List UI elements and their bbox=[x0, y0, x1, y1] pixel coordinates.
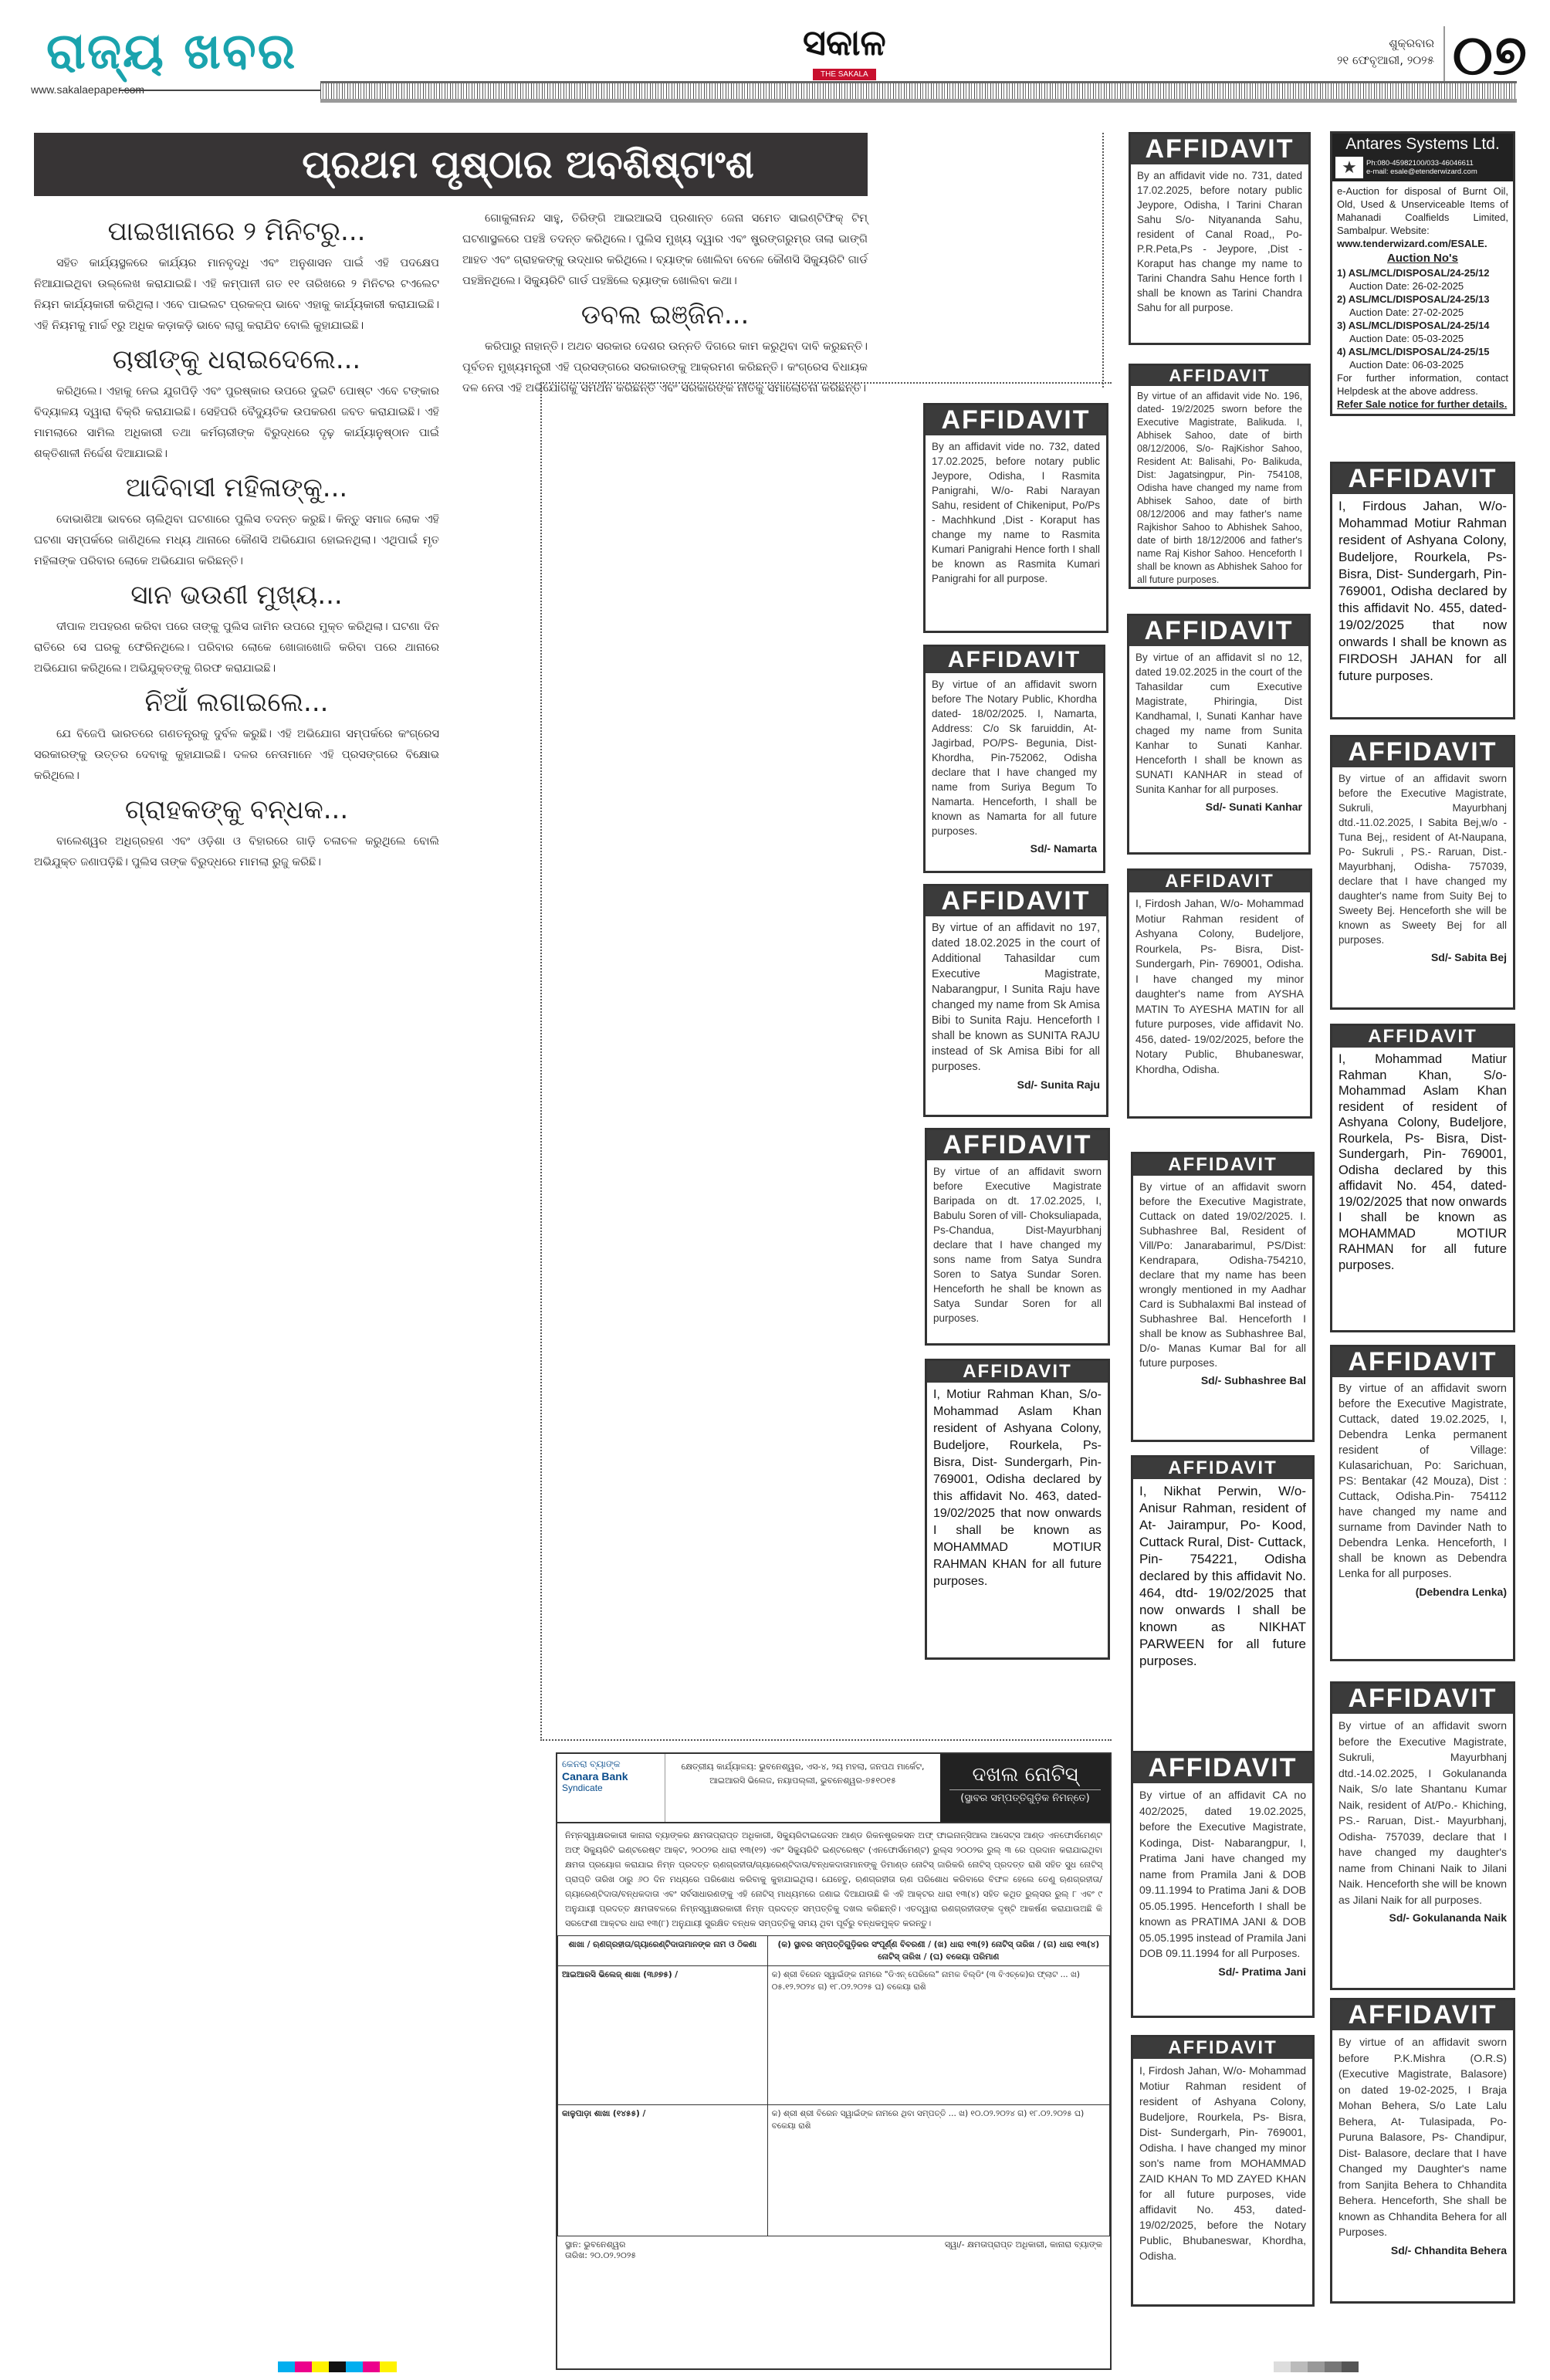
branch-cell: ଆଇଆରସି ଭିଲେଜ୍ ଶାଖା (୩୬୭୫) / bbox=[558, 1966, 768, 2105]
color-registration-bar bbox=[278, 2361, 397, 2372]
decorative-rule bbox=[320, 81, 1517, 103]
notice-subtitle: (ସ୍ଥାବର ସମ୍ପତ୍ତିଗୁଡ଼ିକ ନିମନ୍ତେ) bbox=[949, 1789, 1101, 1807]
article-headline: ପାଇଖାନାରେ ୨ ମିନିଟରୁ... bbox=[34, 215, 439, 249]
affidavit-title: AFFIDAVIT bbox=[1133, 2037, 1312, 2059]
ad-footer: For further information, contact Helpdes… bbox=[1337, 371, 1508, 398]
affidavit-title: AFFIDAVIT bbox=[926, 886, 1106, 916]
affidavit-ad: AFFIDAVITBy virtue of an affidavit vide … bbox=[1129, 364, 1311, 589]
affidavit-signature: Sd/- Chhandita Behera bbox=[1332, 2244, 1513, 2260]
news-article: ଆଦିବାସୀ ମହିଳାଙ୍କୁ...ଦୋଭାଶିଆ ଭାବରେ ଚାଲିଥି… bbox=[34, 471, 439, 572]
affidavit-text: By virtue of an affidavit CA no 402/2025… bbox=[1133, 1783, 1312, 1965]
news-column-left: ପାଇଖାନାରେ ୨ ମିନିଟରୁ...ସହିତ କାର୍ଯ୍ୟସ୍ଥଳରେ… bbox=[34, 208, 439, 875]
article-body: ଗୋକୁଳାନନ୍ଦ ସାହୁ, ତିରିଙ୍ଗି ଆଇଆଇସି ପ୍ରଶାନ୍… bbox=[462, 208, 868, 292]
notice-table: ଶାଖା / ଋଣଗ୍ରହୀତା/ଗ୍ୟାରେଣ୍ଟିଦାତାମାନଙ୍କ ନା… bbox=[557, 1935, 1110, 2236]
affidavit-ad: AFFIDAVITBy virtue of an affidavit sl no… bbox=[1127, 614, 1311, 855]
affidavit-title: AFFIDAVIT bbox=[1332, 1347, 1513, 1377]
affidavit-text: I, Firdosh Jahan, W/o- Mohammad Motiur R… bbox=[1129, 892, 1310, 1081]
affidavit-signature: Sd/- Sunita Raju bbox=[926, 1078, 1106, 1094]
table-header: ଶାଖା / ଋଣଗ୍ରହୀତା/ଗ୍ୟାରେଣ୍ଟିଦାତାମାନଙ୍କ ନା… bbox=[558, 1936, 768, 1966]
article-headline: ନିଆଁ ଲଗାଇଲେ... bbox=[34, 686, 439, 719]
affidavit-title: AFFIDAVIT bbox=[1332, 2000, 1513, 2030]
article-headline: ଆଦିବାସୀ ମହିଳାଙ୍କୁ... bbox=[34, 471, 439, 505]
article-body: ଦୋଭାଶିଆ ଭାବରେ ଚାଲିଥିବା ଘଟଣାରେ ପୁଲିସ ତଦନ୍… bbox=[34, 510, 439, 572]
affidavit-signature: Sd/- Namarta bbox=[926, 842, 1103, 858]
article-body: କରିଥିଲେ। ଏହାକୁ ନେଇ ଯୁଗପିଡ଼ି ଏବଂ ପୁରଷ୍କାର… bbox=[34, 381, 439, 465]
affidavit-title: AFFIDAVIT bbox=[926, 647, 1103, 673]
article-headline: ଗ୍ରାହକଙ୍କୁ ବନ୍ଧକ... bbox=[34, 793, 439, 827]
affidavit-title: AFFIDAVIT bbox=[1332, 737, 1513, 767]
branch-cell: କାଳୁପାଡ଼ା ଶାଖା (୧୪୫୫) / bbox=[558, 2105, 768, 2236]
affidavit-text: I, Nikhat Perwin, W/o- Anisur Rahman, re… bbox=[1133, 1479, 1312, 1674]
affidavit-ad: AFFIDAVITBy virtue of an affidavit CA no… bbox=[1131, 1751, 1315, 2018]
ad-email: e-mail: esale@etenderwizard.com bbox=[1366, 168, 1477, 176]
day-label: ଶୁକ୍ରବାର bbox=[1337, 35, 1434, 52]
office-address: କ୍ଷେତ୍ରୀୟ କାର୍ଯ୍ୟାଳୟ: ଭୁବନେଶ୍ୱର, ଏସ-୪, ୨… bbox=[665, 1754, 940, 1822]
affidavit-title: AFFIDAVIT bbox=[1129, 616, 1308, 646]
affidavit-text: By virtue of an affidavit no 197, dated … bbox=[926, 916, 1106, 1078]
article-headline: ଡବଲ ଇଞ୍ଜିନ... bbox=[462, 298, 868, 332]
affidavit-signature: (Debendra Lenka) bbox=[1332, 1586, 1513, 1601]
affidavit-ad: AFFIDAVITBy virtue of an affidavit sworn… bbox=[1330, 735, 1515, 1010]
ad-body: e-Auction for disposal of Burnt Oil, Old… bbox=[1332, 181, 1513, 414]
ad-footer-note: Refer Sale notice for further details. bbox=[1337, 398, 1508, 411]
affidavit-signature: Sd/- Subhashree Bal bbox=[1133, 1374, 1312, 1390]
details-cell: କ) ଶ୍ରୀ ଶ୍ରୀ ବିରେନ ସ୍ୱାଇଁଙ୍କ ନାମରେ ଥିବା … bbox=[767, 2105, 1109, 2236]
section-banner: ପ୍ରଥମ ପୃଷ୍ଠାର ଅବଶିଷ୍ଟାଂଶ bbox=[34, 133, 868, 196]
affidavit-ad: AFFIDAVITI, Firdosh Jahan, W/o- Mohammad… bbox=[1131, 2035, 1315, 2307]
affidavit-ad: AFFIDAVITI, Nikhat Perwin, W/o- Anisur R… bbox=[1131, 1455, 1315, 1756]
affidavit-text: By virtue of an affidavit sl no 12, date… bbox=[1129, 646, 1308, 801]
date-label: ୨୧ ଫେବୃଆରୀ, ୨୦୨୫ bbox=[1337, 52, 1434, 69]
affidavit-text: By virtue of an affidavit sworn before t… bbox=[1332, 1377, 1513, 1586]
affidavit-text: By virtue of an affidavit sworn before E… bbox=[927, 1160, 1108, 1329]
color-registration-bar bbox=[1274, 2361, 1359, 2372]
affidavit-ad: AFFIDAVITBy virtue of an affidavit sworn… bbox=[1330, 1681, 1515, 1990]
auction-date: Auction Date: 26-02-2025 bbox=[1337, 279, 1508, 293]
ad-contact: ★ Ph:080-45982100/033-46046611 e-mail: e… bbox=[1332, 155, 1513, 181]
article-body: ବାଲେଶ୍ୱର ଅଧିଗ୍ରହଣ ଏବଂ ଓଡ଼ିଶା ଓ ବିହାରରେ ଗ… bbox=[34, 831, 439, 873]
news-article: ନିଆଁ ଲଗାଇଲେ...ଯେ ବିଜେପି ଭାରତରେ ଗଣତନ୍ତ୍ରକ… bbox=[34, 686, 439, 787]
affidavit-title: AFFIDAVIT bbox=[1332, 1684, 1513, 1714]
possession-notice: କେନରା ବ୍ୟାଙ୍କ Canara Bank Syndicate କ୍ଷେ… bbox=[556, 1752, 1112, 2370]
auction-date: Auction Date: 27-02-2025 bbox=[1337, 306, 1508, 319]
article-headline: ଚାଷୀଙ୍କୁ ଧରାଇଦେଲେ... bbox=[34, 343, 439, 377]
affidavit-ad: AFFIDAVITI, Mohammad Matiur Rahman Khan,… bbox=[1330, 1024, 1515, 1332]
affidavit-ad: AFFIDAVITBy virtue of an affidavit no 19… bbox=[923, 884, 1108, 1117]
ad-website-link[interactable]: www.tenderwizard.com/ESALE. bbox=[1337, 237, 1508, 250]
affidavit-ad: AFFIDAVITBy an affidavit vide no. 731, d… bbox=[1129, 132, 1311, 345]
divider bbox=[120, 90, 320, 91]
article-headline: ସାନ ଭଉଣୀ ମୁଖ୍ୟ... bbox=[34, 578, 439, 612]
affidavit-text: By virtue of an affidavit sworn before t… bbox=[1133, 1176, 1312, 1374]
brand-name: ସକାଳ bbox=[803, 22, 886, 65]
affidavit-text: I, Firdosh Jahan, W/o- Mohammad Motiur R… bbox=[1133, 2059, 1312, 2267]
affidavit-text: By virtue of an affidavit vide No. 196, … bbox=[1131, 386, 1308, 591]
affidavit-text: By virtue of an affidavit sworn before T… bbox=[926, 673, 1103, 842]
page-number: ୦୭ bbox=[1443, 26, 1527, 85]
affidavit-signature: Sd/- Pratima Jani bbox=[1133, 1965, 1312, 1981]
table-row: ଆଇଆରସି ଭିଲେଜ୍ ଶାଖା (୩୬୭୫) / କ) ଶ୍ରୀ ବିରେ… bbox=[558, 1966, 1110, 2105]
bank-name: Canara Bank bbox=[562, 1770, 660, 1782]
table-header-row: ଶାଖା / ଋଣଗ୍ରହୀତା/ଗ୍ୟାରେଣ୍ଟିଦାତାମାନଙ୍କ ନା… bbox=[558, 1936, 1110, 1966]
affidavit-title: AFFIDAVIT bbox=[1131, 366, 1308, 386]
affidavit-signature: Sd/- Gokulananda Naik bbox=[1332, 1911, 1513, 1927]
affidavit-title: AFFIDAVIT bbox=[927, 1361, 1108, 1383]
news-article: ଚାଷୀଙ୍କୁ ଧରାଇଦେଲେ...କରିଥିଲେ। ଏହାକୁ ନେଇ ଯ… bbox=[34, 343, 439, 465]
news-article: ପାଇଖାନାରେ ୨ ମିନିଟରୁ...ସହିତ କାର୍ଯ୍ୟସ୍ଥଳରେ… bbox=[34, 215, 439, 337]
affidavit-text: By an affidavit vide no. 732, dated 17.0… bbox=[926, 435, 1106, 590]
affidavit-ad: AFFIDAVITI, Firdosh Jahan, W/o- Mohammad… bbox=[1127, 868, 1312, 1119]
star-logo-icon: ★ bbox=[1335, 157, 1363, 178]
affidavit-title: AFFIDAVIT bbox=[927, 1130, 1108, 1160]
notice-body: ନିମ୍ନସ୍ୱାକ୍ଷରକାରୀ କାନାରା ବ୍ୟାଙ୍କର କ୍ଷମତା… bbox=[557, 1823, 1110, 1935]
affidavit-ad: AFFIDAVITBy virtue of an affidavit sworn… bbox=[923, 645, 1105, 873]
ad-intro: e-Auction for disposal of Burnt Oil, Old… bbox=[1337, 185, 1508, 237]
bank-name-odia: କେନରା ବ୍ୟାଙ୍କ bbox=[562, 1759, 621, 1769]
affidavit-signature: Sd/- Sunati Kanhar bbox=[1129, 801, 1308, 816]
dateline: ଶୁକ୍ରବାର ୨୧ ଫେବୃଆରୀ, ୨୦୨୫ bbox=[1337, 35, 1434, 69]
auction-date: Auction Date: 06-03-2025 bbox=[1337, 358, 1508, 371]
notice-title: ଦଖଲ ନୋଟିସ୍ (ସ୍ଥାବର ସମ୍ପତ୍ତିଗୁଡ଼ିକ ନିମନ୍ତ… bbox=[940, 1754, 1110, 1822]
affidavit-text: By virtue of an affidavit sworn before t… bbox=[1332, 767, 1513, 951]
notice-title-text: ଦଖଲ ନୋଟିସ୍ bbox=[972, 1763, 1078, 1786]
notice-date: ତାରିଖ: ୨୦.୦୨.୨୦୨୫ bbox=[565, 2250, 636, 2261]
affidavit-title: AFFIDAVIT bbox=[1129, 871, 1310, 892]
antares-auction-ad: Antares Systems Ltd. ★ Ph:080-45982100/0… bbox=[1330, 131, 1515, 416]
affidavit-text: I, Motiur Rahman Khan, S/o- Mohammad Asl… bbox=[927, 1383, 1108, 1594]
affidavit-ad: AFFIDAVITI, Firdous Jahan, W/o- Mohammad… bbox=[1330, 462, 1515, 719]
auction-number: 1) ASL/MCL/DISPOSAL/24-25/12 bbox=[1337, 266, 1508, 279]
affidavit-title: AFFIDAVIT bbox=[1332, 464, 1513, 494]
affidavit-title: AFFIDAVIT bbox=[1133, 1457, 1312, 1479]
news-article: ଗୋକୁଳାନନ୍ଦ ସାହୁ, ତିରିଙ୍ଗି ଆଇଆଇସି ପ୍ରଶାନ୍… bbox=[462, 208, 868, 292]
affidavit-title: AFFIDAVIT bbox=[1133, 1753, 1312, 1783]
article-body: ଯେ ବିଜେପି ଭାରତରେ ଗଣତନ୍ତ୍ରକୁ ଦୁର୍ବଳ କରୁଛି… bbox=[34, 724, 439, 787]
article-body: ଦୀପାଳ ଅପହରଣ କରିବା ପରେ ତାଙ୍କୁ ପୁଲିସ ଜାମିନ… bbox=[34, 617, 439, 679]
auction-number: 4) ASL/MCL/DISPOSAL/24-25/15 bbox=[1337, 345, 1508, 358]
affidavit-ad: AFFIDAVITBy virtue of an affidavit sworn… bbox=[925, 1128, 1110, 1346]
auction-number: 2) ASL/MCL/DISPOSAL/24-25/13 bbox=[1337, 293, 1508, 306]
affidavit-ad: AFFIDAVITBy virtue of an affidavit sworn… bbox=[1330, 1998, 1515, 2304]
auction-number: 3) ASL/MCL/DISPOSAL/24-25/14 bbox=[1337, 319, 1508, 332]
affidavit-ad: AFFIDAVITBy virtue of an affidavit sworn… bbox=[1131, 1152, 1315, 1442]
table-header: (କ) ସ୍ଥାବର ସମ୍ପତ୍ତିଗୁଡ଼ିକର ସଂପୂର୍ଣ୍ଣ ବିବ… bbox=[767, 1936, 1109, 1966]
notice-footer: ସ୍ଥାନ: ଭୁବନେଶ୍ୱର ତାରିଖ: ୨୦.୦୨.୨୦୨୫ ସ୍ୱା/… bbox=[557, 2236, 1110, 2264]
affidavit-title: AFFIDAVIT bbox=[1133, 1154, 1312, 1176]
ad-phone: Ph:080-45982100/033-46046611 bbox=[1366, 159, 1477, 168]
affidavit-text: I, Firdous Jahan, W/o- Mohammad Motiur R… bbox=[1332, 494, 1513, 689]
affidavit-text: By virtue of an affidavit sworn before t… bbox=[1332, 1714, 1513, 1911]
affidavit-title: AFFIDAVIT bbox=[926, 405, 1106, 435]
details-cell: କ) ଶ୍ରୀ ବିରେନ ସ୍ୱାଇଁଙ୍କ ନାମରେ "ଡିଏନ୍ ପେର… bbox=[767, 1966, 1109, 2105]
affidavit-ad: AFFIDAVITBy virtue of an affidavit sworn… bbox=[1330, 1345, 1515, 1661]
affidavit-text: By an affidavit vide no. 731, dated 17.0… bbox=[1131, 164, 1308, 319]
bank-logo: କେନରା ବ୍ୟାଙ୍କ Canara Bank Syndicate bbox=[557, 1754, 665, 1822]
affidavit-signature: Sd/- Sabita Bej bbox=[1332, 951, 1513, 967]
affidavit-title: AFFIDAVIT bbox=[1332, 1026, 1513, 1048]
brand-logo: ସକାଳ THE SAKALA bbox=[803, 22, 886, 80]
affidavit-ad: AFFIDAVITI, Motiur Rahman Khan, S/o- Moh… bbox=[925, 1359, 1110, 1660]
affidavit-text: By virtue of an affidavit sworn before P… bbox=[1332, 2030, 1513, 2244]
auction-heading: Auction No's bbox=[1337, 252, 1508, 265]
news-article: ଗ୍ରାହକଙ୍କୁ ବନ୍ଧକ...ବାଲେଶ୍ୱର ଅଧିଗ୍ରହଣ ଏବଂ… bbox=[34, 793, 439, 873]
table-row: କାଳୁପାଡ଼ା ଶାଖା (୧୪୫୫) / କ) ଶ୍ରୀ ଶ୍ରୀ ବିର… bbox=[558, 2105, 1110, 2236]
auction-date: Auction Date: 05-03-2025 bbox=[1337, 332, 1508, 345]
affidavit-title: AFFIDAVIT bbox=[1131, 134, 1308, 164]
brand-tag: THE SAKALA bbox=[813, 69, 876, 80]
masthead: ରାଜ୍ୟ ଖବର www.sakalaepaper.com ସକାଳ THE … bbox=[0, 0, 1550, 116]
affidavit-text: I, Mohammad Matiur Rahman Khan, S/o- Moh… bbox=[1332, 1048, 1513, 1277]
bank-sub: Syndicate bbox=[562, 1782, 603, 1793]
ad-company-name: Antares Systems Ltd. bbox=[1332, 134, 1513, 155]
notice-signatory: ସ୍ୱା/- କ୍ଷମତାପ୍ରାପ୍ତ ଅଧିକାରୀ, କାନାରା ବ୍ୟ… bbox=[945, 2240, 1102, 2261]
section-title: ରାଜ୍ୟ ଖବର bbox=[46, 23, 296, 80]
ad-frame bbox=[1102, 133, 1104, 388]
affidavit-ad: AFFIDAVITBy an affidavit vide no. 732, d… bbox=[923, 403, 1108, 633]
article-body: ସହିତ କାର୍ଯ୍ୟସ୍ଥଳରେ କାର୍ଯ୍ୟର ମାନବୃଦ୍ଧି ଏବ… bbox=[34, 253, 439, 337]
notice-place: ସ୍ଥାନ: ଭୁବନେଶ୍ୱର bbox=[565, 2240, 636, 2250]
news-article: ସାନ ଭଉଣୀ ମୁଖ୍ୟ...ଦୀପାଳ ଅପହରଣ କରିବା ପରେ ତ… bbox=[34, 578, 439, 679]
